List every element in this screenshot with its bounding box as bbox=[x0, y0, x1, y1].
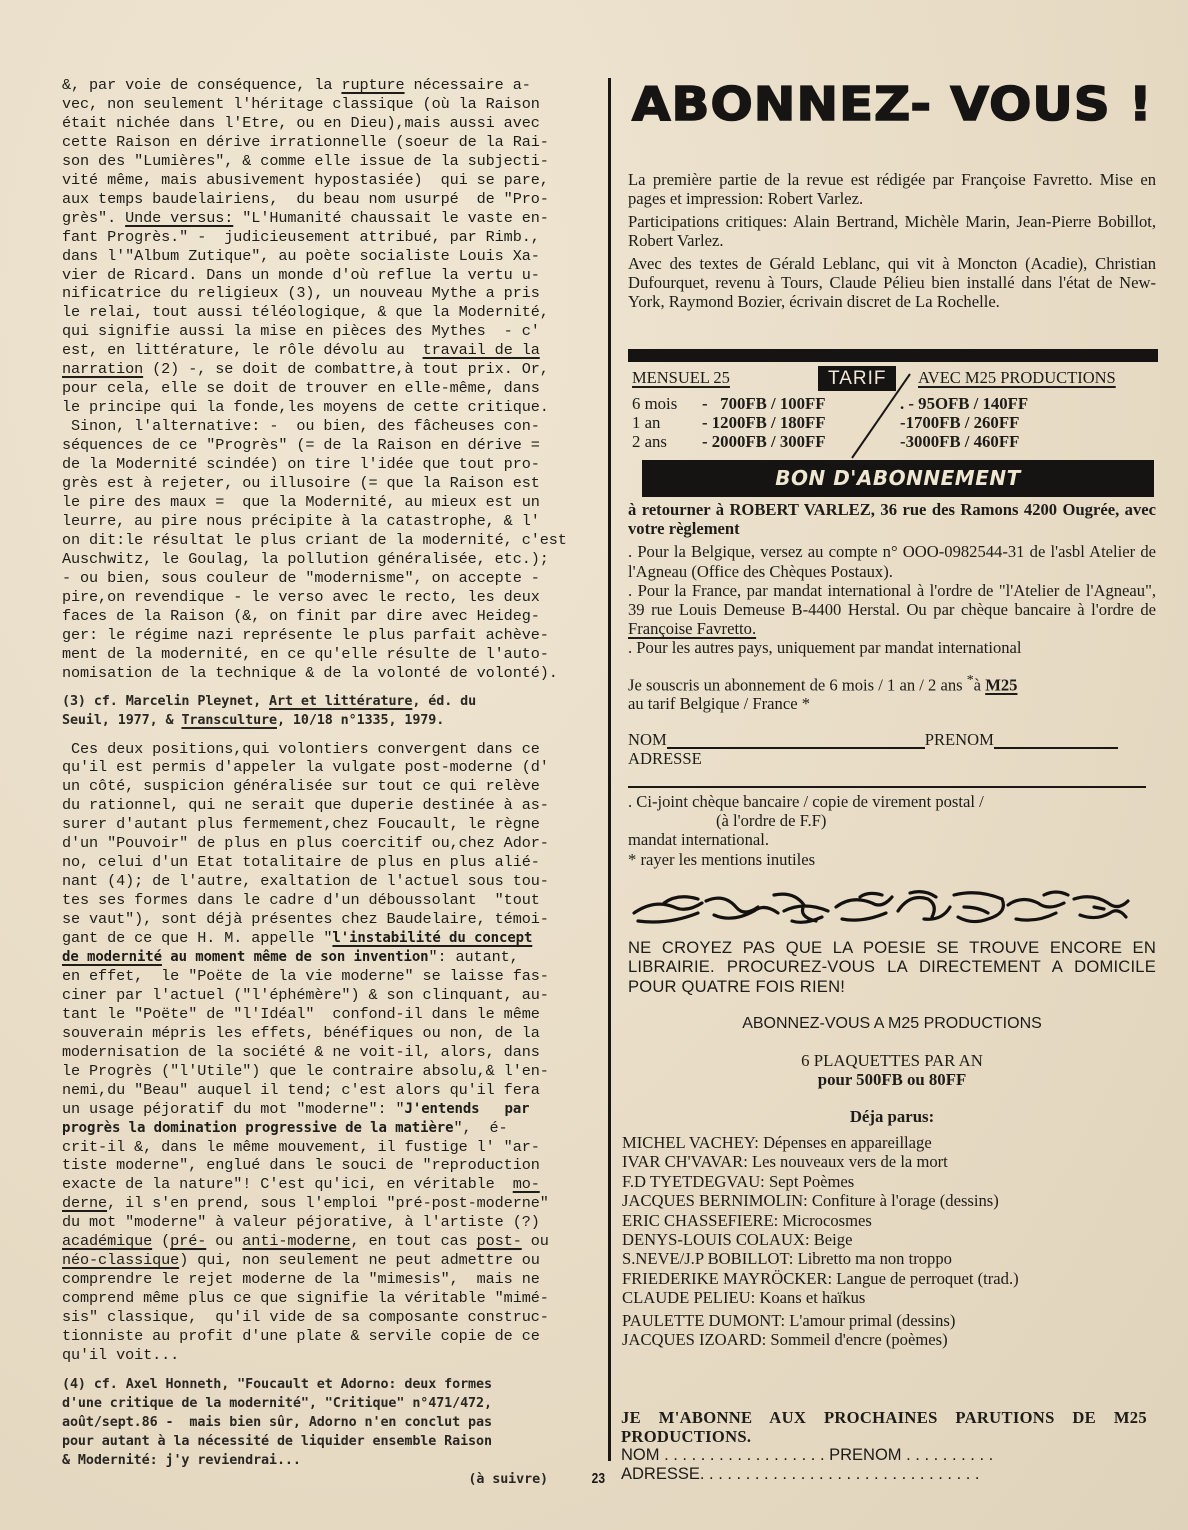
text-line: &, par voie de conséquence, la rupture n… bbox=[62, 76, 570, 95]
published-title: F.D TYETDEGVAU: Sept Poèmes bbox=[622, 1172, 1156, 1191]
text-line: crit-il &, dans le même mouvement, il fu… bbox=[62, 1138, 570, 1157]
plaquettes-offer: 6 PLAQUETTES PAR AN pour 500FB ou 80FF bbox=[628, 1051, 1156, 1089]
text-line: de la Modernité scindée) on tire l'idée … bbox=[62, 455, 570, 474]
published-title: IVAR CH'VAVAR: Les nouveaux vers de la m… bbox=[622, 1152, 1156, 1171]
nom-field[interactable] bbox=[667, 733, 925, 749]
tarif-label-avec-m25: AVEC M25 PRODUCTIONS bbox=[918, 368, 1116, 388]
text-line: pire,on revendique - le verso avec le re… bbox=[62, 588, 570, 607]
subscription-column: ABONNEZ- VOUS ! La première partie de la… bbox=[628, 60, 1156, 1349]
text-line: aux temps baudelairiens, du beau nom usu… bbox=[62, 190, 570, 209]
published-heading: Déja parus: bbox=[628, 1107, 1156, 1127]
next-issues-form: JE M'ABONNE AUX PROCHAINES PARUTIONS DE … bbox=[621, 1408, 1147, 1484]
text-line: no, celui d'un Etat totalitaire de plus … bbox=[62, 853, 570, 872]
published-title: DENYS-LOUIS COLAUX: Beige bbox=[622, 1230, 1156, 1249]
published-title: JACQUES BERNIMOLIN: Confiture à l'orage … bbox=[622, 1191, 1156, 1210]
text-line: gant de ce que H. M. appelle "l'instabil… bbox=[62, 929, 570, 948]
text-line: pour cela, elle se doit de trouver en el… bbox=[62, 379, 570, 398]
text-line: - ou bien, sous couleur de "modernisme",… bbox=[62, 569, 570, 588]
text-line: sis" classique, qu'il vide de sa composa… bbox=[62, 1308, 570, 1327]
text-line: qu'il voit... bbox=[62, 1346, 570, 1365]
text-line: nemi,du "Beau" auquel il tend; c'est alo… bbox=[62, 1081, 570, 1100]
text-line: comprend même plus ce que signifie la vé… bbox=[62, 1289, 570, 1308]
footnote-4: (4) cf. Axel Honneth, "Foucault et Adorn… bbox=[62, 1375, 570, 1470]
subscription-choice: Je souscris un abonnement de 6 mois / 1 … bbox=[628, 670, 1156, 695]
decorative-scribble-icon bbox=[624, 881, 1144, 929]
text-line: le Progrès ("l'Utile") que le contraire … bbox=[62, 1062, 570, 1081]
rule-bar bbox=[628, 349, 1158, 362]
text-line: comprendre le rejet moderne de la "mimes… bbox=[62, 1270, 570, 1289]
essay-column: &, par voie de conséquence, la rupture n… bbox=[62, 76, 570, 1489]
text-line: un côté, suspicion généralisée sur tout … bbox=[62, 777, 570, 796]
text-line: qui signifie aussi la mise en pièces des… bbox=[62, 322, 570, 341]
text-line: vec, non seulement l'héritage classique … bbox=[62, 95, 570, 114]
return-address: à retourner à ROBERT VARLEZ, 36 rue des … bbox=[628, 500, 1156, 538]
price-row-m25: -3000FB / 460FF bbox=[900, 432, 1028, 451]
published-title: S.NEVE/J.P BOBILLOT: Libretto ma non tro… bbox=[622, 1249, 1156, 1268]
text-line: Ces deux positions,qui volontiers conver… bbox=[62, 740, 570, 759]
text-line: narration (2) -, se doit de combattre,à … bbox=[62, 360, 570, 379]
payment-france: . Pour la France, par mandat internation… bbox=[628, 581, 1156, 639]
text-line: nant (4); de l'autre, exaltation de l'ac… bbox=[62, 872, 570, 891]
text-line: le pire des maux = que la Modernité, au … bbox=[62, 493, 570, 512]
text-line: séquences de ce "Progrès" (= de la Raiso… bbox=[62, 436, 570, 455]
tarif-label-mensuel: MENSUEL 25 bbox=[632, 368, 730, 388]
published-title: MICHEL VACHEY: Dépenses en appareillage bbox=[622, 1133, 1156, 1152]
text-line: en effet, le "Poëte de la vie moderne" s… bbox=[62, 967, 570, 986]
text-line: tes ses formes dans le cadre d'un débous… bbox=[62, 891, 570, 910]
coupon-banner: BON D'ABONNEMENT bbox=[642, 460, 1154, 497]
text-line: nificatrice du religieux (3), un nouveau… bbox=[62, 284, 570, 303]
text-line: vier de Ricard. Dans un monde d'où reflu… bbox=[62, 266, 570, 285]
text-line: modernisation de la société & ne voit-il… bbox=[62, 1043, 570, 1062]
text-line: derne, il s'en prend, sous l'emploi "pré… bbox=[62, 1194, 570, 1213]
prenom-label: PRENOM bbox=[925, 730, 994, 749]
published-title: JACQUES IZOARD: Sommeil d'encre (poèmes) bbox=[622, 1330, 1156, 1349]
text-line: souverain mépris les effets, bénéfiques … bbox=[62, 1024, 570, 1043]
text-line: le relai, tout aussi téléologique, & que… bbox=[62, 303, 570, 322]
name-field-row: NOM PRENOM bbox=[628, 730, 1156, 749]
text-line: tionniste au profit d'une plate & servil… bbox=[62, 1327, 570, 1346]
adresse-dotted-field[interactable]: ADRESSE. . . . . . . . . . . . . . . . .… bbox=[621, 1465, 1147, 1484]
price-row: 2 ans- 2000FB / 300FF bbox=[632, 432, 826, 451]
payment-other: . Pour les autres pays, uniquement par m… bbox=[628, 638, 1156, 657]
magazine-page: &, par voie de conséquence, la rupture n… bbox=[0, 0, 1188, 1530]
published-title: ERIC CHASSEFIERE: Microcosmes bbox=[622, 1211, 1156, 1230]
text-line: exacte de la nature"! C'est qu'ici, en v… bbox=[62, 1175, 570, 1194]
price-row-m25: -1700FB / 260FF bbox=[900, 413, 1028, 432]
text-line: était nichée dans l'Etre, ou en Dieu),ma… bbox=[62, 114, 570, 133]
text-line: grès". Unde versus: "L'Humanité chaussai… bbox=[62, 209, 570, 228]
next-issues-title: JE M'ABONNE AUX PROCHAINES PARUTIONS DE … bbox=[621, 1408, 1147, 1446]
text-line: nomisation de la technique & de la volon… bbox=[62, 664, 570, 683]
published-titles-list: MICHEL VACHEY: Dépenses en appareillageI… bbox=[622, 1133, 1156, 1349]
text-line: Sinon, l'alternative: - ou bien, des fâc… bbox=[62, 417, 570, 436]
intro-paragraph: La première partie de la revue est rédig… bbox=[628, 170, 1156, 208]
price-table: 6 mois- 700FB / 100FF 1 an- 1200FB / 180… bbox=[628, 394, 1156, 452]
text-line: grès est à rejeter, ou illusoire (= que … bbox=[62, 474, 570, 493]
text-line: son des "Lumières", & comme elle issue d… bbox=[62, 152, 570, 171]
footnote-3: (3) cf. Marcelin Pleynet, Art et littéra… bbox=[62, 692, 570, 730]
text-line: vité même, mais abusivement hypostasiée)… bbox=[62, 171, 570, 190]
tarif-choice: au tarif Belgique / France * bbox=[628, 694, 1156, 713]
text-line: faces de la Raison (&, on finit par dire… bbox=[62, 607, 570, 626]
nom-prenom-dotted-field[interactable]: NOM . . . . . . . . . . . . . . . . . . … bbox=[621, 1446, 1147, 1465]
book-title-art-et-litterature: Art et littérature bbox=[269, 694, 412, 709]
footnote-line: (4) cf. Axel Honneth, "Foucault et Adorn… bbox=[62, 1375, 570, 1394]
page-number: 23 bbox=[592, 1470, 605, 1487]
text-line: progrès la domination progressive de la … bbox=[62, 1119, 570, 1138]
price-row-m25: . - 95OFB / 140FF bbox=[900, 394, 1028, 413]
footnote-line: pour autant à la nécessité de liquider e… bbox=[62, 1432, 570, 1451]
cross-out-note: * rayer les mentions inutiles bbox=[628, 850, 1156, 869]
footnote-line: d'une critique de la modernité", "Critiq… bbox=[62, 1394, 570, 1413]
intro-paragraph: Participations critiques: Alain Bertrand… bbox=[628, 212, 1156, 250]
footnote-line: août/sept.86 - mais bien sûr, Adorno n'e… bbox=[62, 1413, 570, 1432]
subscribe-m25-heading: ABONNEZ-VOUS A M25 PRODUCTIONS bbox=[628, 1015, 1156, 1033]
text-line: tant le "Poëte" de "l'Idéal" confond-il … bbox=[62, 1005, 570, 1024]
text-line: un usage péjoratif du mot "moderne": "J'… bbox=[62, 1100, 570, 1119]
text-line: du mot "moderne" à valeur péjorative, à … bbox=[62, 1213, 570, 1232]
poetry-slogan: NE CROYEZ PAS QUE LA POESIE SE TROUVE EN… bbox=[628, 938, 1156, 996]
text-line: ger: le régime nazi représente le plus p… bbox=[62, 626, 570, 645]
payment-enclosed: . Ci-joint chèque bancaire / copie de vi… bbox=[628, 792, 1156, 811]
text-line: ciner par l'actuel ("l'éphémère") & son … bbox=[62, 986, 570, 1005]
to-be-continued: (à suivre) bbox=[62, 1470, 570, 1489]
essay-paragraph-2: Ces deux positions,qui volontiers conver… bbox=[62, 740, 570, 1365]
text-line: ment de la modernité, en ce qu'elle résu… bbox=[62, 645, 570, 664]
credits-intro: La première partie de la revue est rédig… bbox=[628, 170, 1156, 311]
column-divider bbox=[608, 78, 611, 1461]
subscription-coupon: à retourner à ROBERT VARLEZ, 36 rue des … bbox=[628, 500, 1156, 869]
text-line: dans l'"Album Zutique", au poète sociali… bbox=[62, 247, 570, 266]
published-title: CLAUDE PELIEU: Koans et haïkus bbox=[622, 1288, 1156, 1307]
payment-belgique: . Pour la Belgique, versez au compte n° … bbox=[628, 542, 1156, 580]
text-line: de modernité au moment même de son inven… bbox=[62, 948, 570, 967]
footnote-line: & Modernité: j'y reviendrai... bbox=[62, 1451, 570, 1470]
headline: ABONNEZ- VOUS ! bbox=[632, 74, 1188, 134]
text-line: surer d'autant plus fermement,chez Fouca… bbox=[62, 815, 570, 834]
adresse-label: ADRESSE bbox=[628, 749, 1156, 768]
text-line: qu'il est permis d'appeler la vulgate po… bbox=[62, 758, 570, 777]
book-title-transculture: Transculture bbox=[181, 713, 277, 728]
adresse-field[interactable] bbox=[628, 786, 1146, 788]
nom-label: NOM bbox=[628, 730, 667, 749]
text-line: cette Raison en dérive irrationnelle (so… bbox=[62, 133, 570, 152]
text-line: on dit:le résultat le plus criant de la … bbox=[62, 531, 570, 550]
text-line: néo-classique) qui, non seulement ne peu… bbox=[62, 1251, 570, 1270]
price-row: 6 mois- 700FB / 100FF bbox=[632, 394, 826, 413]
text-line: académique (pré- ou anti-moderne, en tou… bbox=[62, 1232, 570, 1251]
text-line: est, en littérature, le rôle dévolu au t… bbox=[62, 341, 570, 360]
intro-paragraph: Avec des textes de Gérald Leblanc, qui v… bbox=[628, 254, 1156, 311]
text-line: du rationnel, qui ne serait que duperie … bbox=[62, 796, 570, 815]
published-title: FRIEDERIKE MAYRÖCKER: Langue de perroque… bbox=[622, 1269, 1156, 1288]
text-line: Auschwitz, le Goulag, la pollution génér… bbox=[62, 550, 570, 569]
text-line: leurre, au pire nous précipite à la cata… bbox=[62, 512, 570, 531]
text-line: se vaut"), sont déjà présentes chez Baud… bbox=[62, 910, 570, 929]
text-line: le principe qui la fonde,les moyens de c… bbox=[62, 398, 570, 417]
published-title: PAULETTE DUMONT: L'amour primal (dessins… bbox=[622, 1311, 1156, 1330]
text-line: d'un "Pouvoir" de plus en plus coercitif… bbox=[62, 834, 570, 853]
text-line: fant Progrès." - judicieusement attribué… bbox=[62, 228, 570, 247]
text-line: tiste moderne", englué dans le souci de … bbox=[62, 1156, 570, 1175]
prenom-field[interactable] bbox=[994, 733, 1118, 749]
price-row: 1 an- 1200FB / 180FF bbox=[632, 413, 826, 432]
essay-paragraph-1: &, par voie de conséquence, la rupture n… bbox=[62, 76, 570, 683]
